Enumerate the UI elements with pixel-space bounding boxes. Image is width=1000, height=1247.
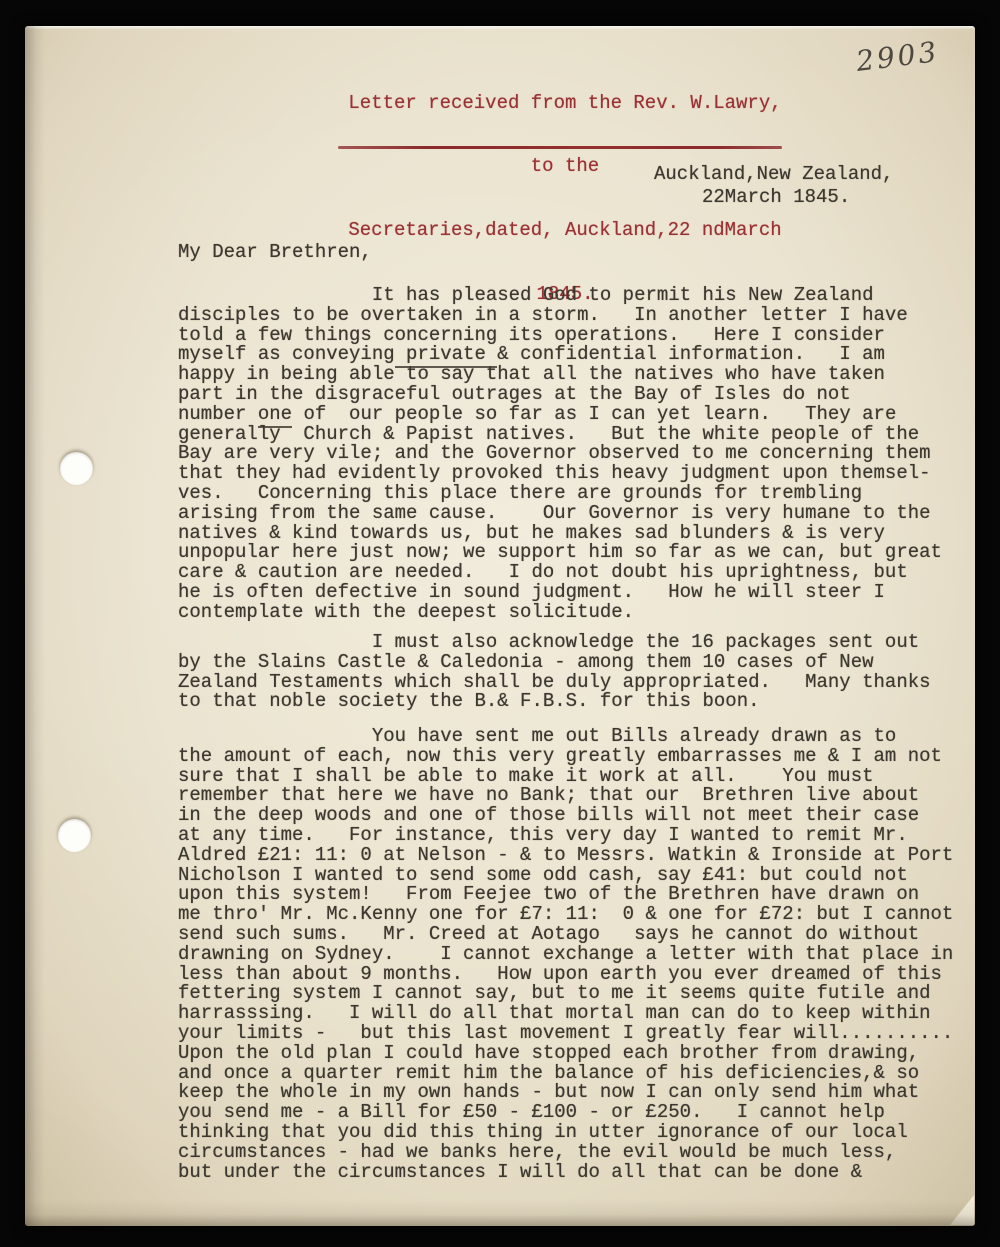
letter-page	[25, 26, 975, 1226]
scanned-letter-screen: 2903 Letter received from the Rev. W.Law…	[0, 0, 1000, 1247]
hole-punch-bottom	[58, 819, 91, 852]
hole-punch-top	[60, 452, 93, 485]
page-corner-fold	[950, 1195, 974, 1225]
